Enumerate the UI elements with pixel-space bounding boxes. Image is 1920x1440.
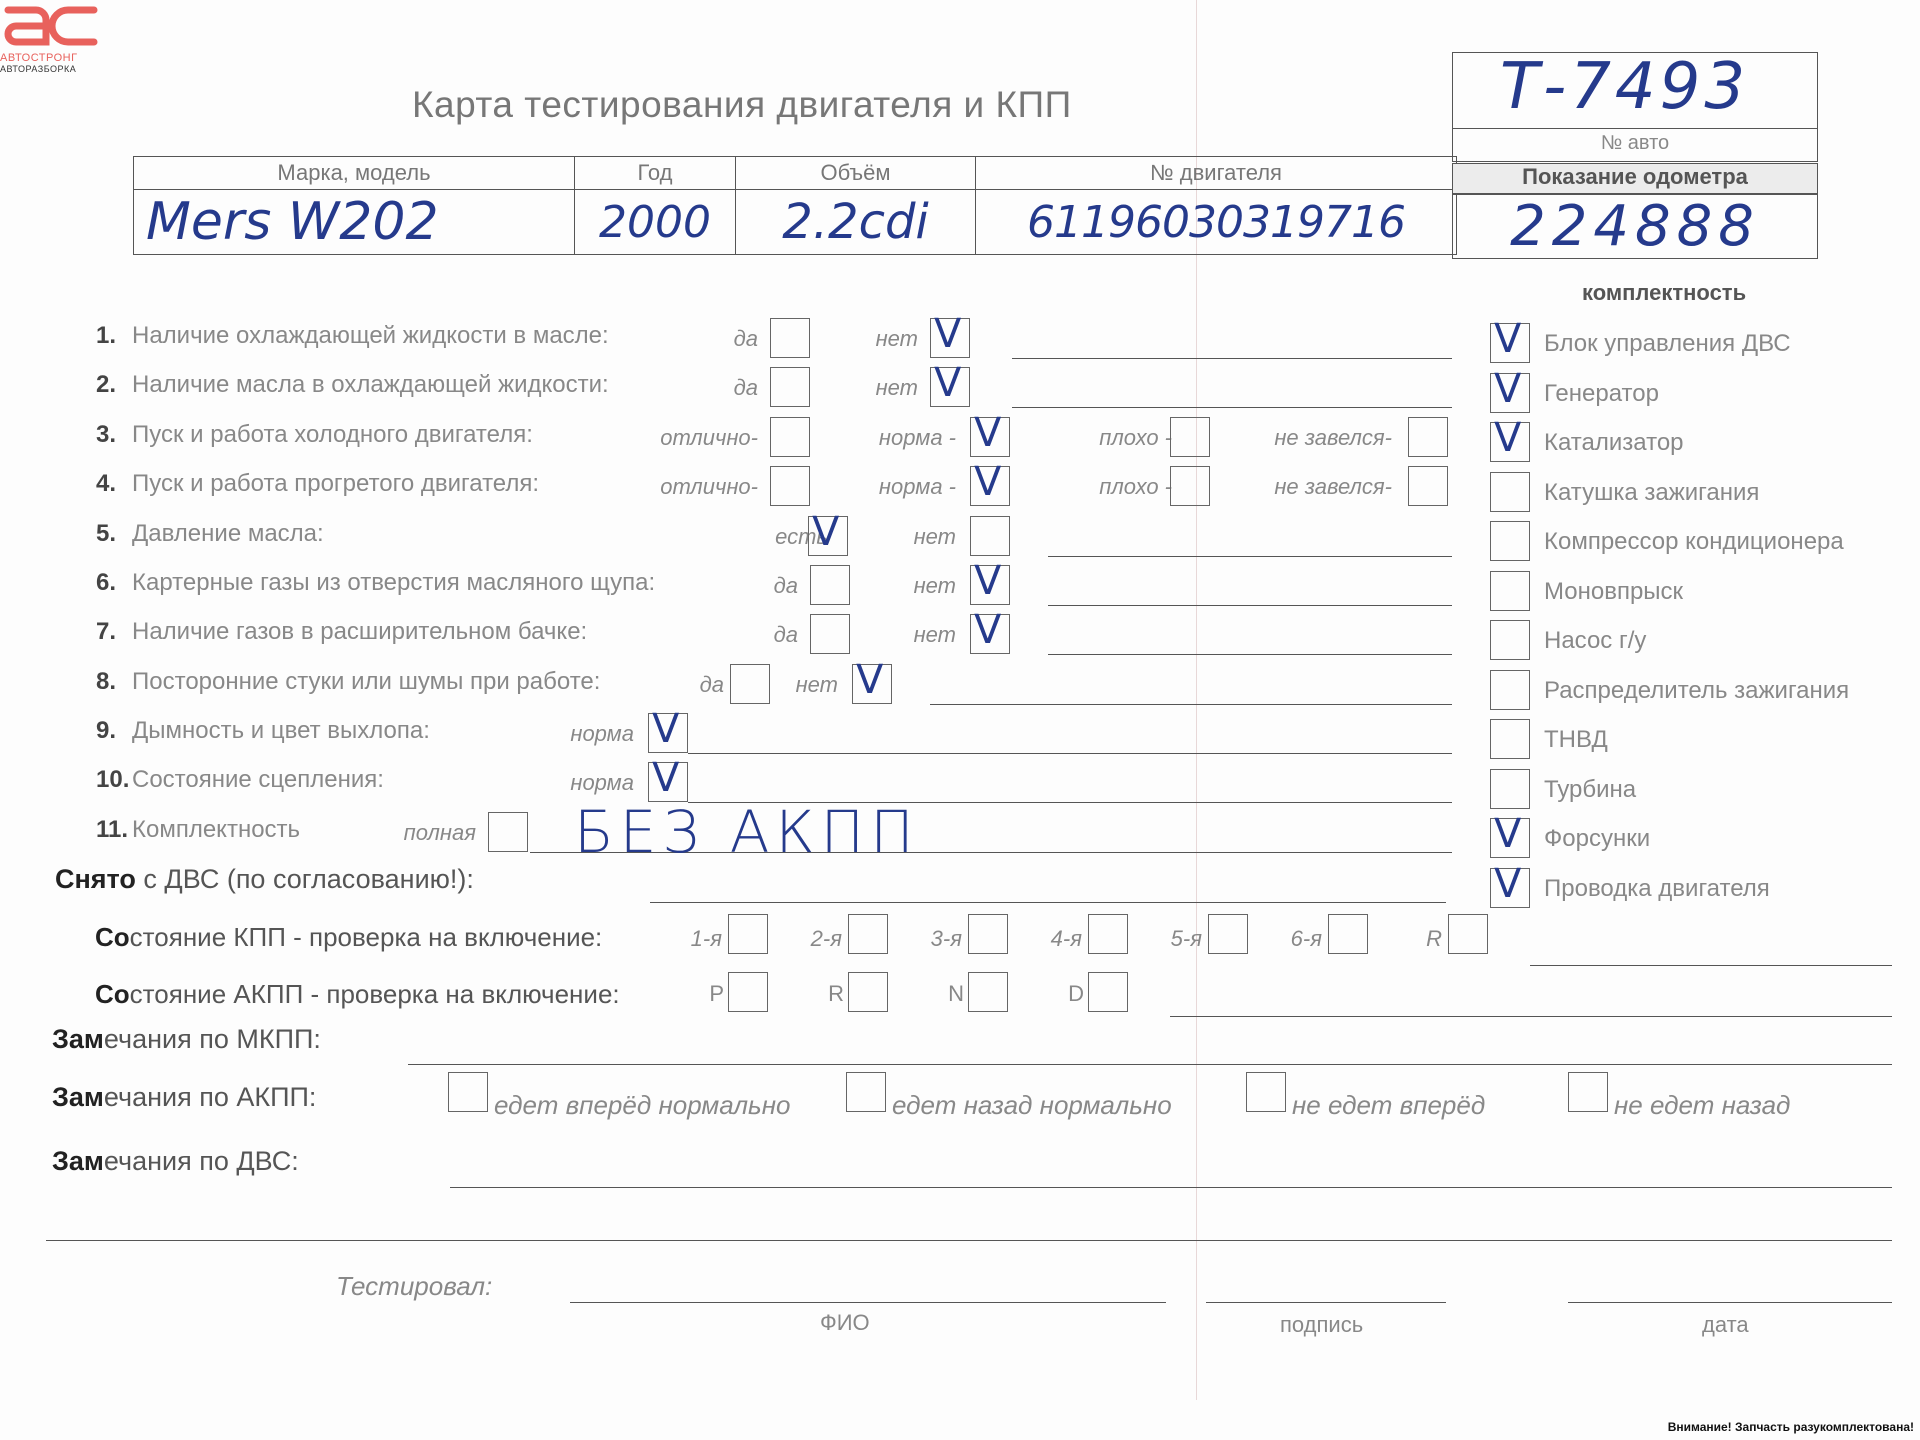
check-mark-icon: V xyxy=(1494,319,1521,359)
gear-label: 3-я xyxy=(931,926,962,952)
answer-line[interactable] xyxy=(688,753,1452,754)
question-label: 1.Наличие охлаждающей жидкости в масле: xyxy=(96,322,609,350)
option-checkbox[interactable] xyxy=(1170,417,1210,457)
gear-label: 5-я xyxy=(1171,926,1202,952)
gear-label: 6-я xyxy=(1291,926,1322,952)
option-label: отлично- xyxy=(660,474,758,500)
answer-line[interactable] xyxy=(1012,407,1452,408)
kit-checkbox[interactable] xyxy=(1490,719,1530,759)
check-mark-icon: V xyxy=(652,709,679,749)
option-checkbox[interactable] xyxy=(810,614,850,654)
kit-item-label: Турбина xyxy=(1544,776,1636,804)
option-label: нет xyxy=(914,573,956,599)
option-label: не завелся- xyxy=(1274,474,1392,500)
question-number: 3. xyxy=(96,421,132,449)
option-label: нет xyxy=(796,672,838,698)
question-text: Картерные газы из отверстия масляного щу… xyxy=(132,569,655,596)
autostrong-logo-icon xyxy=(2,2,98,48)
question-text: Дымность и цвет выхлопа: xyxy=(132,717,430,744)
question-number: 5. xyxy=(96,520,132,548)
option-label: нет xyxy=(876,375,918,401)
col-year: Год xyxy=(575,157,736,190)
question-text: Состояние сцепления: xyxy=(132,766,384,793)
signature-caption: подпись xyxy=(1280,1312,1363,1338)
check-mark-icon: V xyxy=(1494,418,1521,458)
question-number: 10. xyxy=(96,766,132,794)
kit-checkbox[interactable] xyxy=(1490,670,1530,710)
question-label: 8.Посторонние стуки или шумы при работе: xyxy=(96,668,600,696)
option-label: нет xyxy=(914,622,956,648)
question-number: 11. xyxy=(96,816,132,844)
gear-label: 1-я xyxy=(691,926,722,952)
option-checkbox[interactable] xyxy=(810,565,850,605)
question-label: 4.Пуск и работа прогретого двигателя: xyxy=(96,470,539,498)
question-text: Давление масла: xyxy=(132,520,324,547)
question-text: Наличие газов в расширительном бачке: xyxy=(132,618,587,645)
signature-line[interactable] xyxy=(1206,1302,1446,1303)
gear-label: P xyxy=(709,981,724,1007)
logo-subtitle: АВТОРАЗБОРКА xyxy=(0,64,76,74)
kit-checkbox[interactable] xyxy=(1490,620,1530,660)
option-label: да xyxy=(774,622,798,648)
option-label: полная xyxy=(404,820,476,846)
question-label: 2.Наличие масла в охлаждающей жидкости: xyxy=(96,371,609,399)
kit-item-label: Катализатор xyxy=(1544,429,1684,457)
option-label: нет xyxy=(876,326,918,352)
logo-brand: АВТОСТРОНГ xyxy=(0,52,78,64)
completeness-note[interactable]: БЕЗ АКПП xyxy=(574,798,920,866)
kit-item-label: Компрессор кондиционера xyxy=(1544,528,1844,556)
check-mark-icon: V xyxy=(856,660,883,700)
check-mark-icon: V xyxy=(974,413,1001,453)
gear-checkbox[interactable] xyxy=(728,972,768,1012)
remark-checkbox[interactable] xyxy=(846,1072,886,1112)
option-checkbox[interactable] xyxy=(770,466,810,506)
gear-label: D xyxy=(1068,981,1084,1007)
engine-no-value[interactable]: 61196030319716 xyxy=(976,190,1457,255)
option-label: да xyxy=(700,672,724,698)
divider xyxy=(1452,128,1818,129)
kit-item-label: Моновпрыск xyxy=(1544,578,1683,606)
manual-gearbox-label: Состояние КПП - проверка на включение: xyxy=(95,922,602,953)
vehicle-info-table: Марка, модель Год Объём № двигателя Mers… xyxy=(133,156,1457,255)
answer-line[interactable] xyxy=(1048,654,1452,655)
removed-label: Снято с ДВС (по согласованию!): xyxy=(55,864,474,895)
check-mark-icon: V xyxy=(974,462,1001,502)
col-model: Марка, модель xyxy=(134,157,575,190)
question-label: 11.Комплектность xyxy=(96,816,300,844)
gear-checkbox[interactable] xyxy=(848,914,888,954)
option-label: да xyxy=(734,375,758,401)
gear-label: 2-я xyxy=(811,926,842,952)
kit-item-label: Распределитель зажигания xyxy=(1544,677,1849,705)
option-checkbox[interactable] xyxy=(970,516,1010,556)
gear-label: R xyxy=(1426,926,1442,952)
remark-checkbox[interactable] xyxy=(1246,1072,1286,1112)
kit-item-label: Проводка двигателя xyxy=(1544,875,1770,903)
col-engine-no: № двигателя xyxy=(976,157,1457,190)
odometer-value[interactable]: 224888 xyxy=(1452,193,1818,259)
option-checkbox[interactable] xyxy=(1170,466,1210,506)
answer-line[interactable] xyxy=(1048,605,1452,606)
volume-value[interactable]: 2.2cdi xyxy=(736,190,976,255)
question-text: Наличие масла в охлаждающей жидкости: xyxy=(132,371,609,398)
option-label: норма - xyxy=(879,425,956,451)
kit-item-label: Катушка зажигания xyxy=(1544,479,1759,507)
question-number: 4. xyxy=(96,470,132,498)
gear-label: R xyxy=(828,981,844,1007)
option-label: плохо - xyxy=(1099,425,1172,451)
manual-gearbox-line[interactable] xyxy=(1530,965,1892,966)
gear-checkbox[interactable] xyxy=(728,914,768,954)
option-label: отлично- xyxy=(660,425,758,451)
option-checkbox[interactable] xyxy=(770,367,810,407)
question-label: 3.Пуск и работа холодного двигателя: xyxy=(96,421,533,449)
remark-option-label: едет вперёд нормально xyxy=(494,1090,790,1121)
page-title: Карта тестирования двигателя и КПП xyxy=(412,84,1072,126)
remarks-manual-label: Замечания по МКПП: xyxy=(52,1024,321,1055)
remark-option-label: не едет назад xyxy=(1614,1090,1790,1121)
kit-checkbox[interactable] xyxy=(1490,571,1530,611)
gear-label: N xyxy=(948,981,964,1007)
option-label: не завелся- xyxy=(1274,425,1392,451)
question-text: Наличие охлаждающей жидкости в масле: xyxy=(132,322,609,349)
remarks-auto-label: Замечания по АКПП: xyxy=(52,1082,316,1113)
option-label: плохо - xyxy=(1099,474,1172,500)
option-label: норма xyxy=(570,770,634,796)
option-label: да xyxy=(734,326,758,352)
question-number: 2. xyxy=(96,371,132,399)
kit-item-label: Форсунки xyxy=(1544,825,1650,853)
question-text: Пуск и работа холодного двигателя: xyxy=(132,421,533,448)
kit-item-label: Генератор xyxy=(1544,380,1659,408)
remarks-engine-line-2[interactable] xyxy=(46,1240,1892,1241)
question-text: Посторонние стуки или шумы при работе: xyxy=(132,668,600,695)
gear-checkbox[interactable] xyxy=(968,972,1008,1012)
fio-caption: ФИО xyxy=(820,1310,870,1336)
model-value[interactable]: Mers W202 xyxy=(134,190,575,255)
option-checkbox[interactable] xyxy=(488,812,528,852)
answer-line[interactable] xyxy=(930,704,1452,705)
gear-checkbox[interactable] xyxy=(968,914,1008,954)
question-text: Комплектность xyxy=(132,816,300,843)
auto-gearbox-line[interactable] xyxy=(1170,1016,1892,1017)
question-label: 10.Состояние сцепления: xyxy=(96,766,384,794)
question-label: 7.Наличие газов в расширительном бачке: xyxy=(96,618,587,646)
question-number: 1. xyxy=(96,322,132,350)
check-mark-icon: V xyxy=(652,758,679,798)
question-number: 9. xyxy=(96,717,132,745)
date-line[interactable] xyxy=(1568,1302,1892,1303)
footer-warning: Внимание! Запчасть разукомплектована! xyxy=(1668,1420,1914,1434)
gear-checkbox[interactable] xyxy=(1088,914,1128,954)
kit-item-label: ТНВД xyxy=(1544,726,1608,754)
kit-item-label: Насос г/у xyxy=(1544,627,1646,655)
question-label: 9.Дымность и цвет выхлопа: xyxy=(96,717,430,745)
option-checkbox[interactable] xyxy=(1408,417,1448,457)
option-checkbox[interactable] xyxy=(770,417,810,457)
col-odometer: Показание одометра xyxy=(1452,163,1818,195)
option-checkbox[interactable] xyxy=(730,664,770,704)
question-number: 7. xyxy=(96,618,132,646)
question-label: 5.Давление масла: xyxy=(96,520,324,548)
gear-checkbox[interactable] xyxy=(1088,972,1128,1012)
kit-heading: комплектность xyxy=(1582,280,1746,306)
kit-checkbox[interactable] xyxy=(1490,521,1530,561)
remark-option-label: не едет вперёд xyxy=(1292,1090,1485,1121)
check-mark-icon: V xyxy=(812,512,839,552)
remark-option-label: едет назад нормально xyxy=(892,1090,1172,1121)
check-mark-icon: V xyxy=(1494,864,1521,904)
kit-item-label: Блок управления ДВС xyxy=(1544,330,1791,358)
check-mark-icon: V xyxy=(974,610,1001,650)
check-mark-icon: V xyxy=(1494,814,1521,854)
option-checkbox[interactable] xyxy=(1408,466,1448,506)
auto-gearbox-label: Состояние АКПП - проверка на включение: xyxy=(95,979,620,1010)
plate-number[interactable]: Т-7493 xyxy=(1500,50,1749,124)
gear-checkbox[interactable] xyxy=(848,972,888,1012)
question-text: Пуск и работа прогретого двигателя: xyxy=(132,470,539,497)
remarks-engine-label: Замечания по ДВС: xyxy=(52,1146,299,1177)
date-caption: дата xyxy=(1702,1312,1749,1338)
gear-checkbox[interactable] xyxy=(1208,914,1248,954)
question-number: 6. xyxy=(96,569,132,597)
option-label: нет xyxy=(914,524,956,550)
gear-label: 4-я xyxy=(1051,926,1082,952)
option-label: норма - xyxy=(879,474,956,500)
remarks-engine-line[interactable] xyxy=(450,1187,1892,1188)
remarks-manual-line[interactable] xyxy=(408,1064,1892,1065)
check-mark-icon: V xyxy=(934,314,961,354)
answer-line[interactable] xyxy=(1048,556,1452,557)
kit-checkbox[interactable] xyxy=(1490,769,1530,809)
check-mark-icon: V xyxy=(1494,369,1521,409)
gear-checkbox[interactable] xyxy=(1448,914,1488,954)
question-label: 6.Картерные газы из отверстия масляного … xyxy=(96,569,655,597)
option-checkbox[interactable] xyxy=(770,318,810,358)
gear-checkbox[interactable] xyxy=(1328,914,1368,954)
check-mark-icon: V xyxy=(974,561,1001,601)
kit-checkbox[interactable] xyxy=(1490,472,1530,512)
col-volume: Объём xyxy=(736,157,976,190)
check-mark-icon: V xyxy=(934,363,961,403)
answer-line[interactable] xyxy=(1012,358,1452,359)
year-value[interactable]: 2000 xyxy=(575,190,736,255)
tested-by-label: Тестировал: xyxy=(336,1271,492,1302)
option-label: норма xyxy=(570,721,634,747)
remark-checkbox[interactable] xyxy=(448,1072,488,1112)
fio-line[interactable] xyxy=(570,1302,1166,1303)
remark-checkbox[interactable] xyxy=(1568,1072,1608,1112)
option-label: да xyxy=(774,573,798,599)
plate-caption: № авто xyxy=(1452,132,1818,155)
removed-line[interactable] xyxy=(650,902,1446,903)
question-number: 8. xyxy=(96,668,132,696)
